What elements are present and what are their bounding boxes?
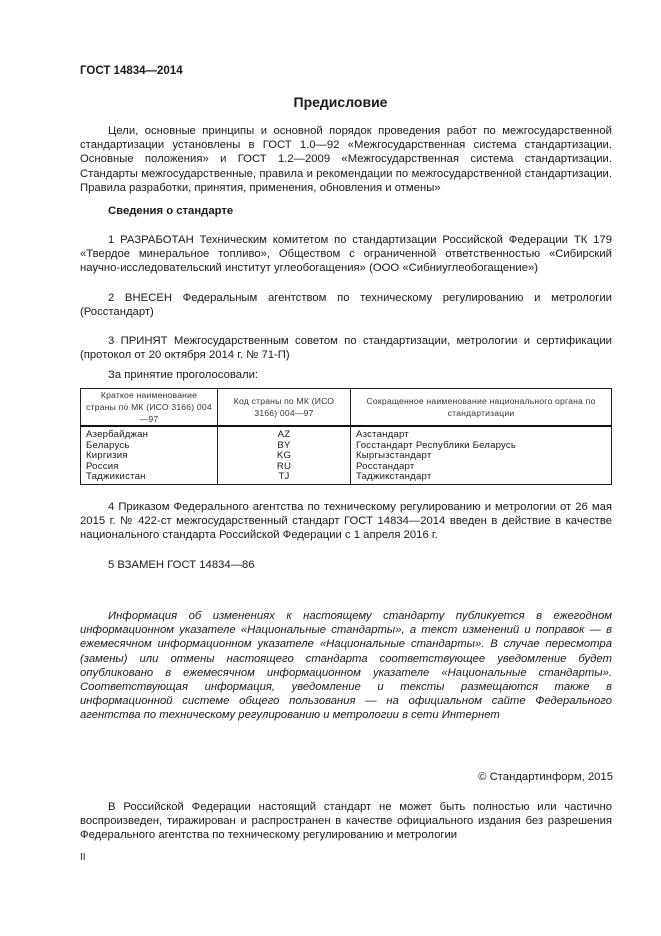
national-body: Таджикстандарт	[351, 472, 612, 484]
country-code: TJ	[218, 472, 351, 484]
country-name: Таджикистан	[81, 472, 218, 484]
country-name: Азербайджан	[81, 426, 218, 441]
table-row: Россия RU Росстандарт	[81, 462, 612, 473]
intro-paragraph: Цели, основные принципы и основной поряд…	[80, 124, 612, 195]
amendments-notice: Информация об изменениях к настоящему ст…	[80, 609, 612, 723]
item-developed: 1 РАЗРАБОТАН Техническим комитетом по ст…	[80, 233, 612, 276]
table-row: Таджикистан TJ Таджикстандарт	[81, 472, 612, 484]
member-states-table: Краткое наименование страны по МК (ИСО 3…	[80, 388, 612, 485]
running-header: ГОСТ 14834—2014	[80, 65, 183, 77]
item-introduced: 2 ВНЕСЕН Федеральным агентством по техни…	[80, 291, 612, 319]
national-body: Азстандарт	[351, 426, 612, 441]
page-number: II	[80, 852, 86, 863]
table-header-row: Краткое наименование страны по МК (ИСО 3…	[81, 389, 612, 427]
header-country-name: Краткое наименование страны по МК (ИСО 3…	[81, 389, 218, 427]
country-code: AZ	[218, 426, 351, 441]
page-title: Предисловие	[0, 94, 661, 110]
item-adopted: 3 ПРИНЯТ Межгосударственным советом по с…	[80, 334, 612, 362]
table-row: Киргизия KG Кыргызстандарт	[81, 451, 612, 462]
info-heading: Сведения о стандарте	[108, 205, 233, 217]
voted-label: За принятие проголосовали:	[108, 369, 258, 381]
reproduction-notice: В Российской Федерации настоящий стандар…	[80, 800, 612, 843]
table-row: Беларусь BY Госстандарт Республики Белар…	[81, 441, 612, 452]
table-row: Азербайджан AZ Азстандарт	[81, 426, 612, 441]
copyright-notice: © Стандартинформ, 2015	[478, 771, 613, 783]
header-country-code: Код страны по МК (ИСО 3166) 004—97	[218, 389, 351, 427]
item-replaces: 5 ВЗАМЕН ГОСТ 14834—86	[80, 558, 612, 572]
item-enacted: 4 Приказом Федерального агентства по тех…	[80, 500, 612, 543]
header-national-body: Сокращенное наименование национального о…	[351, 389, 612, 427]
